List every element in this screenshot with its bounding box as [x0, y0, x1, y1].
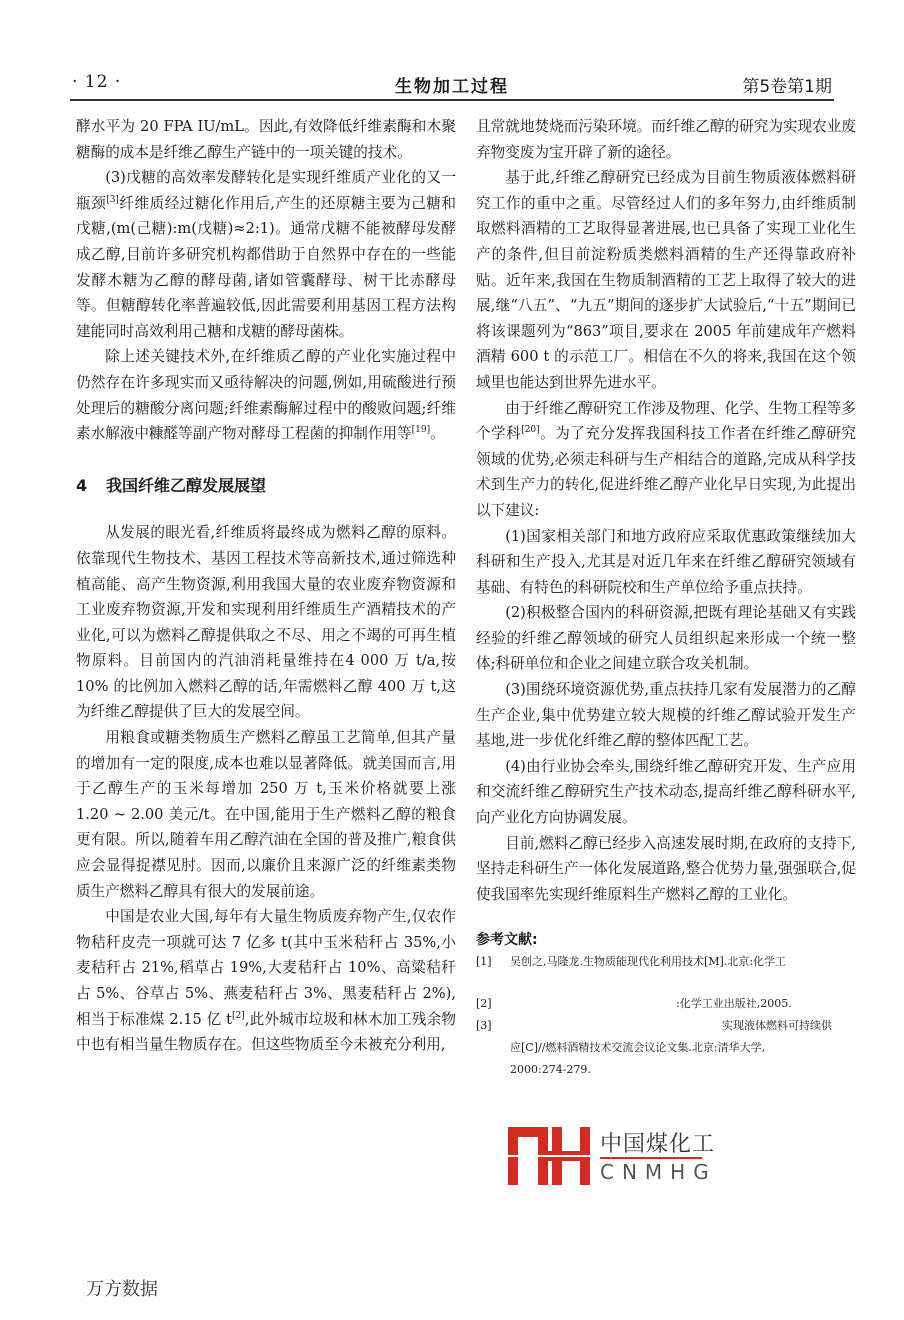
logo-english-text: CNMHG — [600, 1160, 717, 1184]
citation[interactable]: [2] — [232, 1011, 245, 1021]
paragraph: 由于纤维乙醇研究工作涉及物理、化学、生物工程等多个学科[20]。为了充分发挥我国… — [476, 396, 856, 524]
right-column: 且常就地焚烧而污染环境。而纤维乙醇的研究为实现农业废弃物变废为宝开辟了新的途径。… — [476, 114, 856, 1081]
paragraph: 目前,燃料乙醇已经步入高速发展时期,在政府的支持下,坚持走科研生产一体化发展道路… — [476, 831, 856, 908]
issue-label: 第5卷第1期 — [742, 72, 832, 97]
citation[interactable]: [3] — [106, 195, 119, 205]
paragraph: 中国是农业大国,每年有大量生物质废弃物产生,仅农作物秸秆皮壳一项就可达 7 亿多… — [76, 904, 456, 1058]
paragraph: (3)戊糖的高效率发酵转化是实现纤维质产业化的又一瓶颈[3]纤维质经过糖化作用后… — [76, 165, 456, 344]
reference-item: [1]吴创之,马隆龙.生物质能现代化利用技术[M].北京:化学工 — [476, 951, 856, 973]
paragraph: 且常就地焚烧而污染环境。而纤维乙醇的研究为实现农业废弃物变废为宝开辟了新的途径。 — [476, 114, 856, 165]
header-rule — [70, 99, 834, 101]
paragraph: 从发展的眼光看,纤维质将最终成为燃料乙醇的原料。依靠现代生物技术、基因工程技术等… — [76, 520, 456, 725]
journal-title: 生物加工过程 — [72, 72, 832, 97]
reference-continuation: 应[C]//燃料酒精技术交流会议论文集.北京:清华大学, — [476, 1037, 856, 1059]
left-column: 酵水平为 20 FPA IU/mL。因此,有效降低纤维素酶和木聚糖酶的成本是纤维… — [76, 114, 456, 1058]
suggestion-item: (3)围绕环境资源优势,重点扶持几家有发展潜力的乙醇生产企业,集中优势建立较大规… — [476, 677, 856, 754]
suggestion-item: (1)国家相关部门和地方政府应采取优惠政策继续加大科研和生产投入,尤其是对近几年… — [476, 524, 856, 601]
logo-chinese-text: 中国煤化工 — [600, 1127, 715, 1158]
section-number: 4 — [76, 473, 106, 499]
wanfang-watermark: 万方数据 — [86, 1275, 158, 1301]
section-heading: 4我国纤维乙醇发展展望 — [76, 473, 456, 499]
citation[interactable]: [20] — [521, 425, 539, 435]
suggestion-item: (2)积极整合国内的科研资源,把既有理论基础又有实践经验的纤维乙醇领域的研究人员… — [476, 600, 856, 677]
paragraph: 用粮食或糖类物质生产燃料乙醇虽工艺简单,但其产量的增加有一定的限度,成本也难以显… — [76, 725, 456, 904]
paragraph: 除上述关键技术外,在纤维质乙醇的产业化实施过程中仍然存在许多现实而又亟待解决的问… — [76, 344, 456, 446]
citation[interactable]: [19] — [412, 425, 430, 435]
reference-continuation: 2000:274-279. — [476, 1059, 856, 1081]
cnmhg-logo: 中国煤化工 CNMHG — [508, 1127, 728, 1187]
page-header: · 12 · 生物加工过程 第5卷第1期 — [72, 72, 832, 100]
references-title: 参考文献: — [476, 929, 856, 951]
reference-item: [2]:化学工业出版社,2005. — [476, 993, 856, 1015]
logo-divider — [600, 1157, 702, 1159]
mh-logo-icon — [508, 1127, 594, 1185]
paragraph: 酵水平为 20 FPA IU/mL。因此,有效降低纤维素酶和木聚糖酶的成本是纤维… — [76, 114, 456, 165]
suggestion-item: (4)由行业协会牵头,围绕纤维乙醇研究开发、生产应用和交流纤维乙醇研究生产技术动… — [476, 754, 856, 831]
section-title: 我国纤维乙醇发展展望 — [106, 476, 266, 495]
reference-item: [3]实现液体燃料可持续供 — [476, 1015, 856, 1037]
paragraph: 基于此,纤维乙醇研究已经成为目前生物质液体燃料研究工作的重中之重。尽管经过人们的… — [476, 165, 856, 395]
